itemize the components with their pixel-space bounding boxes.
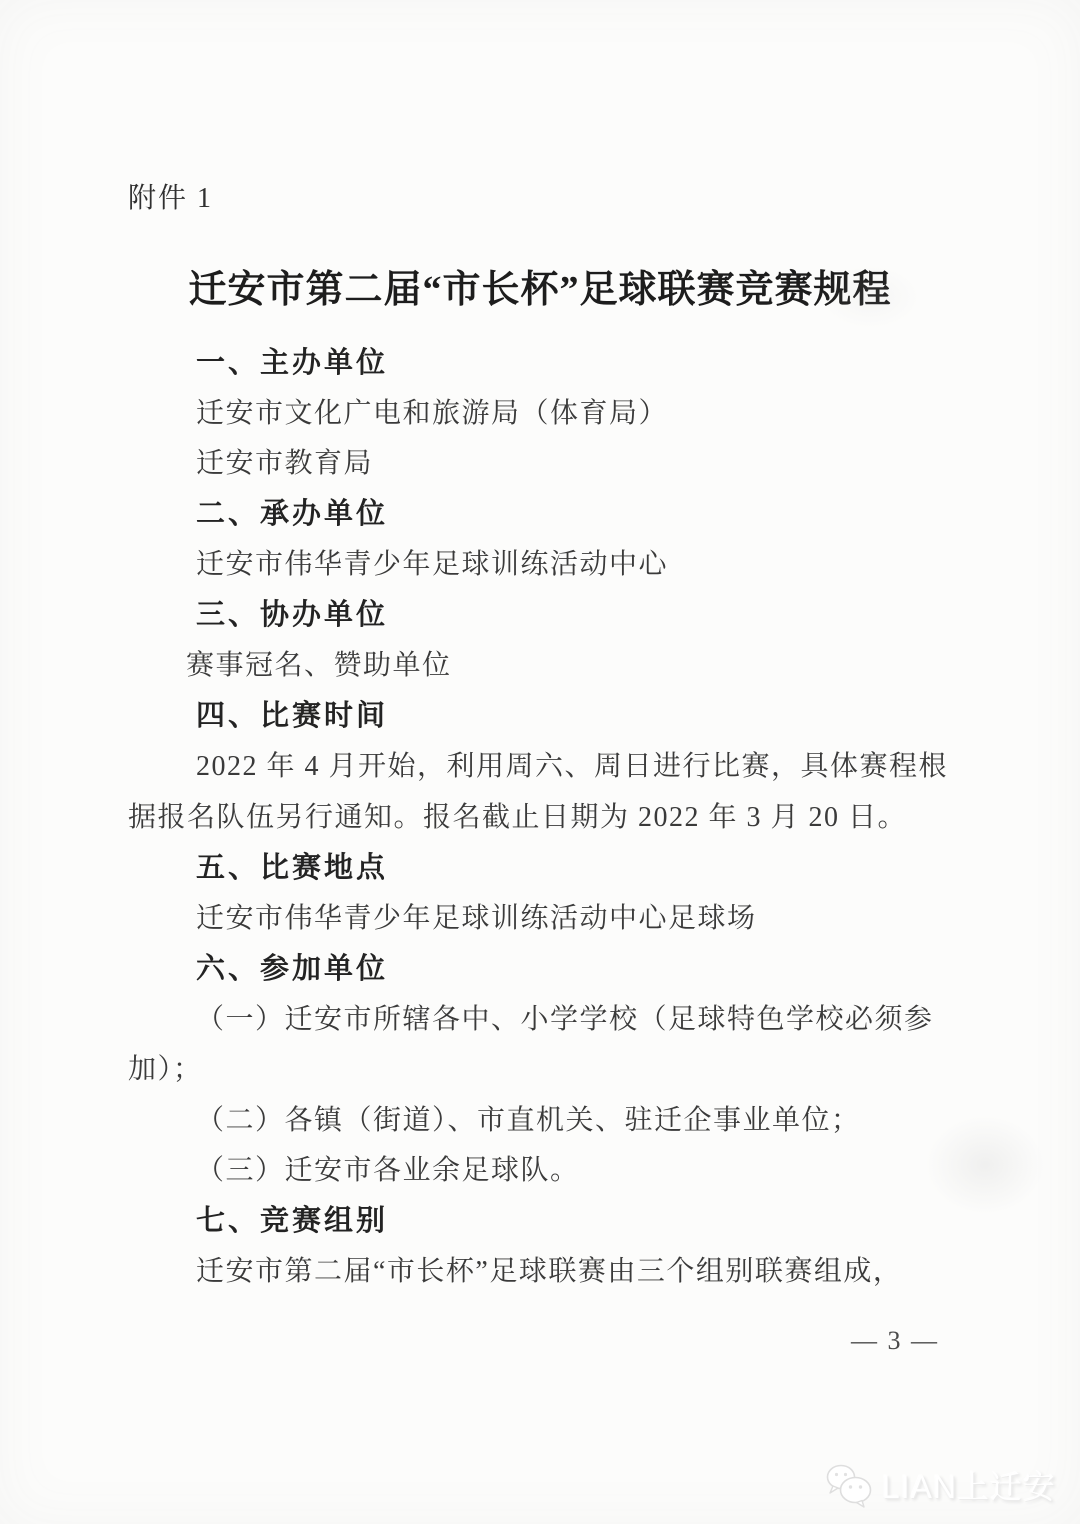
document-line: 加）； (128, 1042, 1000, 1093)
document-line: 四、比赛时间 (128, 689, 1000, 740)
document-line: 七、竞赛组别 (128, 1194, 1000, 1245)
document-line: 三、协办单位 (128, 588, 1000, 639)
document-line: 六、参加单位 (128, 941, 1000, 992)
document-line: 据报名队伍另行通知。报名截止日期为 2022 年 3 月 20 日。 (128, 790, 1000, 841)
attachment-label: 附件 1 (128, 176, 213, 216)
document-line: 迁安市伟华青少年足球训练活动中心足球场 (128, 891, 1000, 942)
document-line: 迁安市教育局 (128, 436, 1000, 487)
scan-smudge (820, 265, 920, 329)
document-line: （二）各镇（街道）、市直机关、驻迁企事业单位； (128, 1093, 1000, 1144)
document-line: 迁安市第二届“市长杯”足球联赛由三个组别联赛组成， (128, 1244, 1000, 1295)
document-page: 附件 1 迁安市第二届“市长杯”足球联赛竞赛规程 一、主办单位迁安市文化广电和旅… (0, 0, 1080, 1524)
document-line: 迁安市伟华青少年足球训练活动中心 (128, 537, 1000, 588)
document-line: 五、比赛地点 (128, 840, 1000, 891)
document-line: 赛事冠名、赞助单位 (128, 638, 1000, 689)
document-line: 2022 年 4 月开始，利用周六、周日进行比赛，具体赛程根 (128, 739, 1000, 790)
scan-smudge (925, 1115, 1045, 1215)
document-line: （三）迁安市各业余足球队。 (128, 1143, 1000, 1194)
watermark: LIAN上迁安 (824, 1462, 1056, 1508)
document-body: 一、主办单位迁安市文化广电和旅游局（体育局）迁安市教育局二、承办单位迁安市伟华青… (128, 335, 1000, 1295)
watermark-text: LIAN上迁安 (882, 1462, 1056, 1508)
document-line: 迁安市文化广电和旅游局（体育局） (128, 386, 1000, 437)
wechat-icon (824, 1462, 874, 1508)
page-number: — 3 — (770, 1326, 1020, 1356)
document-line: （一）迁安市所辖各中、小学学校（足球特色学校必须参 (128, 992, 1000, 1043)
document-line: 一、主办单位 (128, 335, 1000, 386)
document-line: 二、承办单位 (128, 487, 1000, 538)
